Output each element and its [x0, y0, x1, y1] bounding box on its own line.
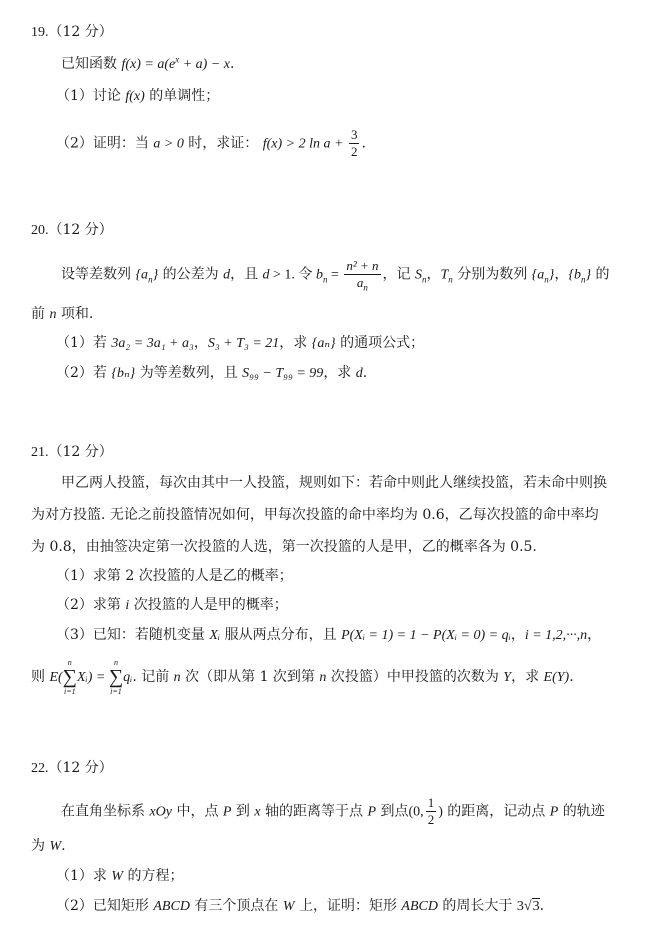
problem-22-part-2: （2）已知矩形 ABCD 有三个顶点在 W 上，证明：矩形 ABCD 的周长大于…	[56, 896, 544, 917]
problem-19-part-1: （1）讨论 f(x) 的单调性；	[56, 86, 219, 107]
problem-21-stem-line-3: 为 0.8，由抽签决定第一次投篮的人选，第一次投篮的人是甲，乙的概率各为 0.5…	[31, 537, 537, 557]
problem-20-part-2: （2）若 {bₙ} 为等差数列，且 S₉₉ − T₉₉ = 99，求 d.	[56, 363, 367, 384]
problem-20-heading: 20.（12 分）	[31, 220, 113, 241]
fraction-1-over-2: 12	[426, 795, 437, 828]
summation-symbol: n∑i=1	[63, 658, 77, 696]
problem-20-part-1: （1）若 3a₂ = 3a₁ + a₃，S₃ + T₃ = 21，求 {aₙ} …	[56, 333, 424, 354]
problem-19-heading: 19.（12 分）	[31, 22, 113, 43]
problem-20-stem-line-1: 设等差数列 {an} 的公差为 d，且 d > 1. 令 bn = n² + n…	[61, 258, 610, 291]
problem-22-part-1: （1）求 W 的方程；	[56, 866, 184, 887]
problem-22-stem-line-1: 在直角坐标系 xOy 中，点 P 到 x 轴的距离等于点 P 到点(0,12) …	[61, 795, 605, 828]
problem-21-part-2: （2）求第 i 次投篮的人是甲的概率；	[56, 595, 288, 616]
sqrt-symbol: √	[524, 899, 532, 914]
problem-19-stem: 已知函数 f(x) = a(ex + a) − x.	[61, 54, 234, 75]
problem-20-stem-line-2: 前 n 项和.	[31, 304, 93, 325]
problem-19-part-2: （2）证明：当 a > 0 时，求证： f(x) > 2 ln a + 32.	[56, 127, 366, 160]
summation-symbol: n∑i=1	[109, 658, 123, 696]
problem-22-stem-line-2: 为 W.	[31, 836, 66, 857]
problem-22-heading: 22.（12 分）	[31, 758, 113, 779]
problem-21-stem-line-2: 为对方投篮. 无论之前投篮情况如何，甲每次投篮的命中率均为 0.6，乙每次投篮的…	[31, 505, 599, 525]
problem-21-part-3: （3）已知：若随机变量 Xᵢ 服从两点分布，且 P(Xᵢ = 1) = 1 − …	[56, 625, 601, 646]
problem-21-stem-line-1: 甲乙两人投篮，每次由其中一人投篮，规则如下：若命中则此人继续投篮，若未命中则换	[61, 473, 607, 493]
problem-21-part-3-line-2: 则 E(n∑i=1Xᵢ) = n∑i=1qᵢ. 记前 n 次（即从第 1 次到第…	[31, 658, 574, 696]
fraction-bn: n² + nan	[344, 258, 380, 291]
problem-21-heading: 21.（12 分）	[31, 442, 113, 463]
problem-21-part-1: （1）求第 2 次投篮的人是乙的概率；	[56, 566, 293, 586]
fraction-3-over-2: 32	[349, 127, 360, 160]
